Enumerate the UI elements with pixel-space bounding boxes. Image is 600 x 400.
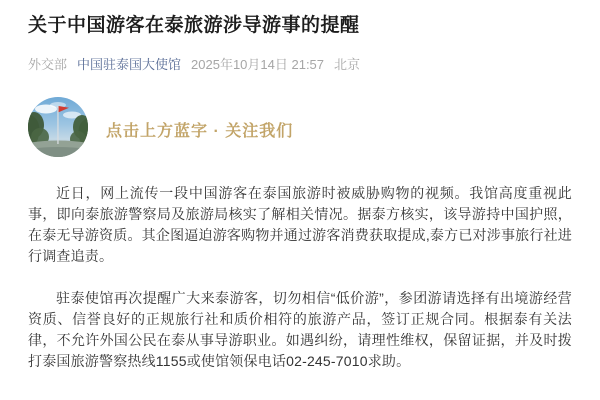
follow-banner-text: 点击上方蓝字 · 关注我们 — [106, 118, 293, 141]
follow-banner: 点击上方蓝字 · 关注我们 — [28, 97, 572, 157]
source-label: 外交部 — [28, 54, 67, 73]
byline: 外交部 中国驻泰国大使馆 2025年10月14日 21:57 北京 — [28, 54, 572, 73]
embassy-flag-photo-icon — [28, 97, 88, 157]
account-name-link[interactable]: 中国驻泰国大使馆 — [77, 54, 181, 73]
article-title: 关于中国游客在泰旅游涉导游事的提醒 — [28, 12, 572, 40]
paragraph-2: 驻泰使馆再次提醒广大来泰游客，切勿相信“低价游”，参团游请选择有出境游经营资质、… — [28, 288, 572, 372]
account-avatar[interactable] — [28, 97, 88, 157]
article-body: 近日，网上流传一段中国游客在泰国旅游时被威胁购物的视频。我馆高度重视此事，即向泰… — [28, 183, 572, 372]
paragraph-1: 近日，网上流传一段中国游客在泰国旅游时被威胁购物的视频。我馆高度重视此事，即向泰… — [28, 183, 572, 267]
publish-location: 北京 — [334, 54, 360, 73]
article-page: 关于中国游客在泰旅游涉导游事的提醒 外交部 中国驻泰国大使馆 2025年10月1… — [0, 0, 600, 400]
publish-time: 2025年10月14日 21:57 — [191, 54, 324, 73]
